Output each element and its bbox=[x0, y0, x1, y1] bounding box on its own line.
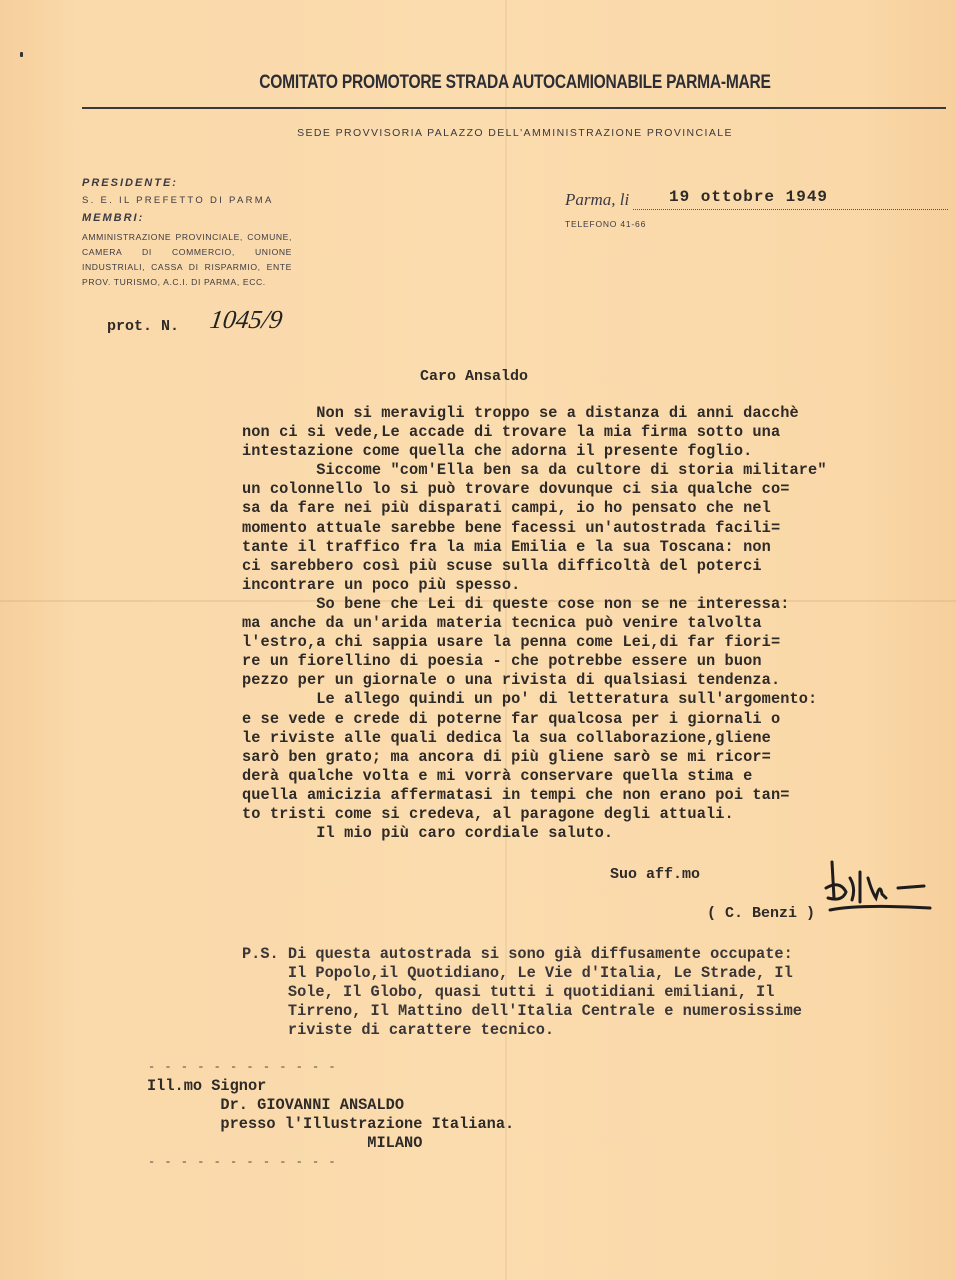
signed-name: ( C. Benzi ) bbox=[707, 905, 815, 922]
letterhead-rule bbox=[82, 107, 946, 109]
salutation: Caro Ansaldo bbox=[420, 368, 528, 385]
ink-speck bbox=[20, 52, 23, 57]
divider-dashes-bottom: - - - - - - - - - - - - bbox=[148, 1155, 337, 1169]
letterhead-subtitle: SEDE PROVVISORIA PALAZZO DELL'AMMINISTRA… bbox=[0, 127, 956, 139]
members-label: MEMBRI: bbox=[82, 212, 292, 224]
letter-body: Non si meravigli troppo se a distanza di… bbox=[242, 404, 952, 843]
members-list: AMMINISTRAZIONE PROVINCIALE, COMUNE, CAM… bbox=[82, 230, 292, 290]
handwritten-signature-icon bbox=[820, 858, 940, 918]
president-name: S. E. IL PREFETTO DI PARMA bbox=[82, 195, 292, 206]
protocol-number: 1045/9 bbox=[208, 305, 284, 335]
postscript: P.S. Di questa autostrada si sono già di… bbox=[242, 945, 952, 1040]
closing: Suo aff.mo bbox=[610, 866, 700, 883]
place-label: Parma, li bbox=[565, 190, 629, 209]
letterhead-title: COMITATO PROMOTORE STRADA AUTOCAMIONABIL… bbox=[93, 72, 938, 94]
president-label: PRESIDENTE: bbox=[82, 177, 292, 189]
divider-dashes-top: - - - - - - - - - - - - bbox=[148, 1060, 337, 1074]
dateline: Parma, li 19 ottobre 1949 bbox=[565, 190, 948, 210]
letter-date: 19 ottobre 1949 bbox=[669, 188, 828, 206]
committee-block: PRESIDENTE: S. E. IL PREFETTO DI PARMA M… bbox=[82, 177, 292, 290]
date-dotted-line bbox=[633, 209, 948, 210]
telephone: TELEFONO 41-66 bbox=[565, 219, 646, 229]
protocol-label: prot. N. bbox=[107, 318, 179, 335]
recipient-address: Ill.mo Signor Dr. GIOVANNI ANSALDO press… bbox=[147, 1077, 514, 1153]
